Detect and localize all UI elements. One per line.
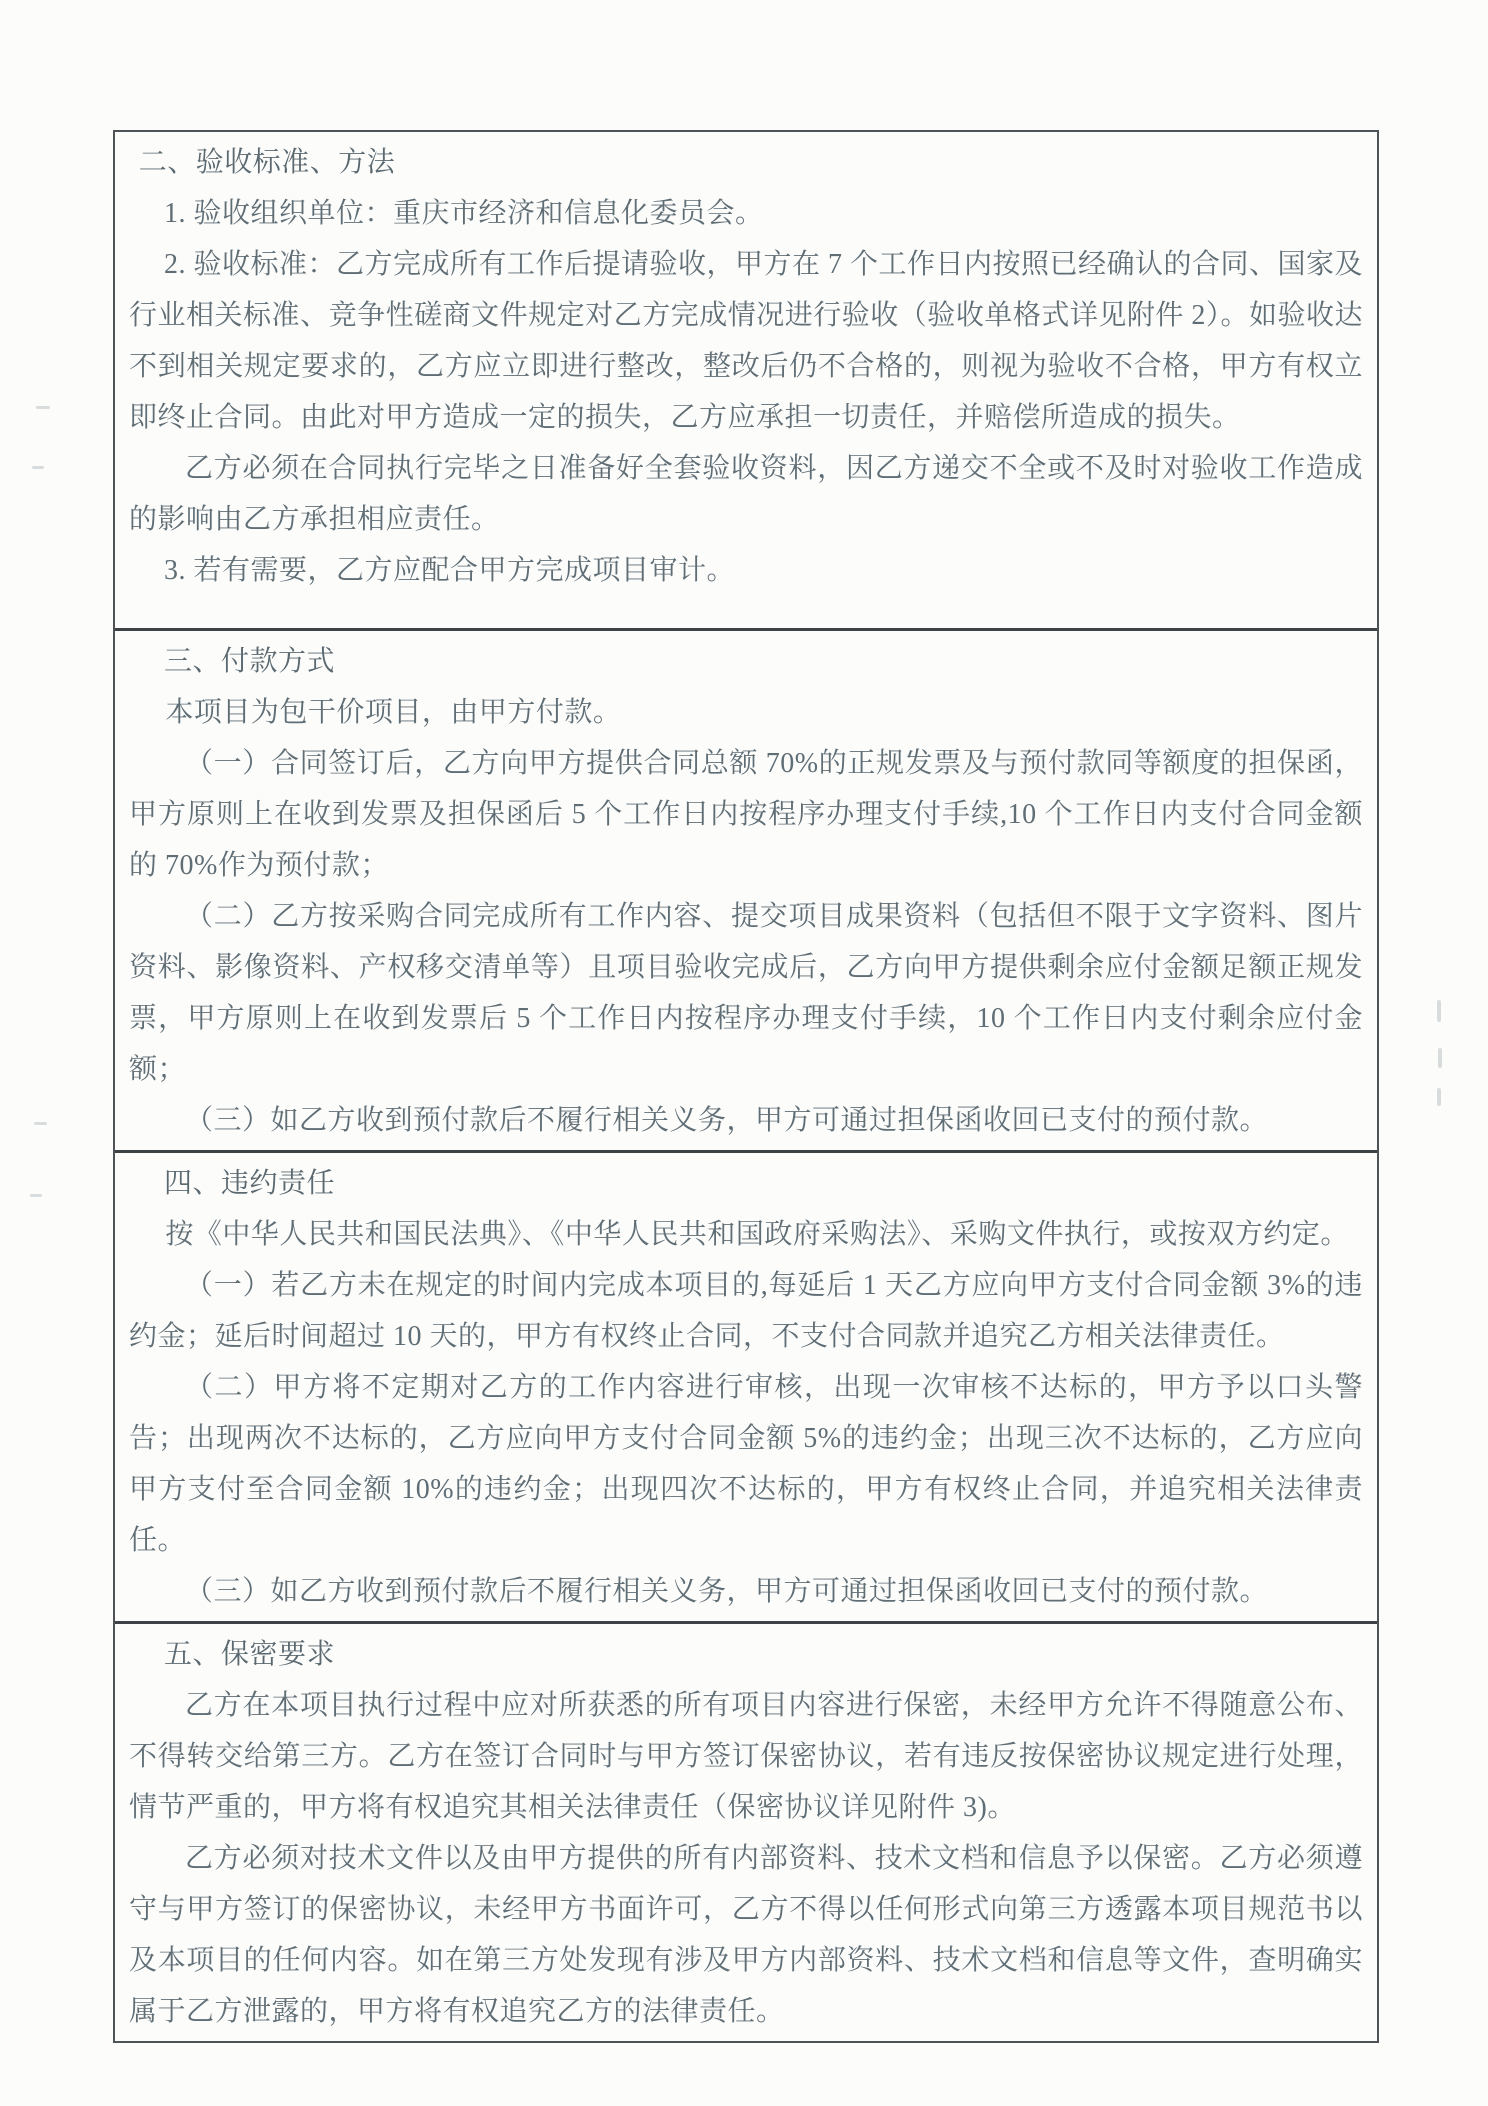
paragraph: 3. 若有需要，乙方应配合甲方完成项目审计。: [129, 545, 1363, 596]
section-heading: 二、验收标准、方法: [129, 137, 1363, 188]
paragraph: （三）如乙方收到预付款后不履行相关义务，甲方可通过担保函收回已支付的预付款。: [129, 1566, 1363, 1617]
contract-table: 二、验收标准、方法1. 验收组织单位：重庆市经济和信息化委员会。2. 验收标准：…: [113, 130, 1379, 2043]
section-heading: 五、保密要求: [129, 1629, 1363, 1680]
paragraph: 本项目为包干价项目，由甲方付款。: [129, 687, 1363, 738]
scan-artifact: [30, 1194, 42, 1197]
contract-section-1: 二、验收标准、方法1. 验收组织单位：重庆市经济和信息化委员会。2. 验收标准：…: [115, 132, 1377, 628]
paragraph: （三）如乙方收到预付款后不履行相关义务，甲方可通过担保函收回已支付的预付款。: [129, 1095, 1363, 1146]
scan-artifact: [34, 1122, 47, 1125]
contract-section-4: 五、保密要求乙方在本项目执行过程中应对所获悉的所有项目内容进行保密，未经甲方允许…: [115, 1621, 1377, 2041]
paragraph: 乙方在本项目执行过程中应对所获悉的所有项目内容进行保密，未经甲方允许不得随意公布…: [129, 1680, 1363, 1833]
paragraph: 乙方必须对技术文件以及由甲方提供的所有内部资料、技术文档和信息予以保密。乙方必须…: [129, 1833, 1363, 2037]
contract-section-2: 三、付款方式本项目为包干价项目，由甲方付款。（一）合同签订后，乙方向甲方提供合同…: [115, 628, 1377, 1150]
scan-artifact: [36, 406, 50, 409]
paragraph: 乙方必须在合同执行完毕之日准备好全套验收资料，因乙方递交不全或不及时对验收工作造…: [129, 443, 1363, 545]
paragraph: 2. 验收标准：乙方完成所有工作后提请验收，甲方在 7 个工作日内按照已经确认的…: [129, 239, 1363, 443]
section-heading: 四、违约责任: [129, 1158, 1363, 1209]
scan-artifact: [1438, 1048, 1442, 1068]
scan-artifact: [1437, 1088, 1441, 1106]
paragraph: （一）合同签订后，乙方向甲方提供合同总额 70%的正规发票及与预付款同等额度的担…: [129, 738, 1363, 891]
paragraph: （二）甲方将不定期对乙方的工作内容进行审核，出现一次审核不达标的，甲方予以口头警…: [129, 1362, 1363, 1566]
paragraph: （二）乙方按采购合同完成所有工作内容、提交项目成果资料（包括但不限于文字资料、图…: [129, 891, 1363, 1095]
scan-artifact: [32, 466, 44, 469]
contract-section-3: 四、违约责任按《中华人民共和国民法典》、《中华人民共和国政府采购法》、采购文件执…: [115, 1150, 1377, 1621]
section-heading: 三、付款方式: [129, 636, 1363, 687]
document-page: 二、验收标准、方法1. 验收组织单位：重庆市经济和信息化委员会。2. 验收标准：…: [0, 0, 1488, 2106]
paragraph: （一）若乙方未在规定的时间内完成本项目的,每延后 1 天乙方应向甲方支付合同金额…: [129, 1260, 1363, 1362]
paragraph: 按《中华人民共和国民法典》、《中华人民共和国政府采购法》、采购文件执行，或按双方…: [129, 1209, 1363, 1260]
scan-artifact: [1437, 1000, 1441, 1022]
paragraph: 1. 验收组织单位：重庆市经济和信息化委员会。: [129, 188, 1363, 239]
